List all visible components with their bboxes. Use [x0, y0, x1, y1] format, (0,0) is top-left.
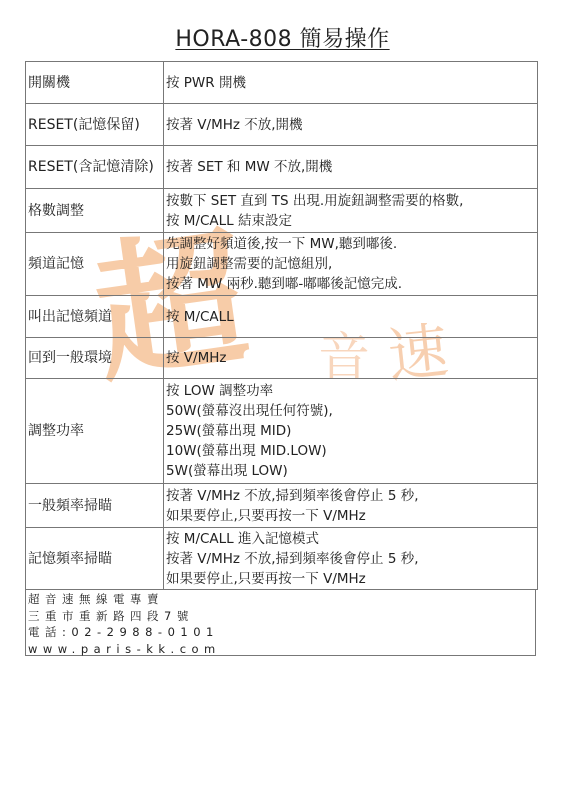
operation-instructions: 按著 SET 和 MW 不放,開機: [164, 146, 538, 189]
operation-name: 一般頻率掃瞄: [26, 484, 164, 528]
instruction-line: 按著 MW 兩秒.聽到嘟-嘟嘟後記憶完成.: [166, 274, 535, 294]
instruction-line: 按數下 SET 直到 TS 出現.用旋鈕調整需要的格數,: [166, 191, 535, 211]
operation-name: 頻道記憶: [26, 233, 164, 296]
operation-instructions: 按著 V/MHz 不放,開機: [164, 104, 538, 146]
instruction-line: 5W(螢幕出現 LOW): [166, 461, 535, 481]
operation-instructions: 按 M/CALL: [164, 296, 538, 338]
table-row: 叫出記憶頻道 按 M/CALL: [26, 296, 538, 338]
store-contact-footer: 超音速無線電專賣 三重市重新路四段7號 電話:02-2988-0101 www.…: [25, 589, 536, 656]
table-row: 格數調整 按數下 SET 直到 TS 出現.用旋鈕調整需要的格數, 按 M/CA…: [26, 189, 538, 233]
table-row: 頻道記憶 先調整好頻道後,按一下 MW,聽到嘟後. 用旋鈕調整需要的記憶組別, …: [26, 233, 538, 296]
page-title: HORA-808 簡易操作: [0, 26, 565, 54]
instruction-line: 按 M/CALL 結束設定: [166, 211, 535, 231]
operation-instructions: 按著 V/MHz 不放,掃到頻率後會停止 5 秒, 如果要停止,只要再按一下 V…: [164, 484, 538, 528]
operation-name: 開關機: [26, 62, 164, 104]
instruction-line: 按著 V/MHz 不放,掃到頻率後會停止 5 秒,: [166, 486, 535, 506]
operation-name: 格數調整: [26, 189, 164, 233]
table-row: 一般頻率掃瞄 按著 V/MHz 不放,掃到頻率後會停止 5 秒, 如果要停止,只…: [26, 484, 538, 528]
store-phone: 電話:02-2988-0101: [26, 624, 535, 641]
operation-instructions: 按數下 SET 直到 TS 出現.用旋鈕調整需要的格數, 按 M/CALL 結束…: [164, 189, 538, 233]
table-row: RESET(含記憶清除) 按著 SET 和 MW 不放,開機: [26, 146, 538, 189]
instruction-line: 按著 V/MHz 不放,開機: [166, 115, 535, 135]
instruction-line: 如果要停止,只要再按一下 V/MHz: [166, 569, 535, 589]
operation-name: 記憶頻率掃瞄: [26, 528, 164, 590]
operation-name: 叫出記憶頻道: [26, 296, 164, 338]
operation-name: RESET(含記憶清除): [26, 146, 164, 189]
operation-name: 調整功率: [26, 379, 164, 484]
instruction-line: 按 M/CALL: [166, 307, 535, 327]
table-row: 回到一般環境 按 V/MHz: [26, 338, 538, 379]
table-row: 開關機 按 PWR 開機: [26, 62, 538, 104]
instruction-line: 25W(螢幕出現 MID): [166, 421, 535, 441]
instruction-line: 按 LOW 調整功率: [166, 381, 535, 401]
instruction-line: 按著 V/MHz 不放,掃到頻率後會停止 5 秒,: [166, 549, 535, 569]
table-row: 調整功率 按 LOW 調整功率 50W(螢幕沒出現任何符號), 25W(螢幕出現…: [26, 379, 538, 484]
instruction-line: 先調整好頻道後,按一下 MW,聽到嘟後.: [166, 234, 535, 254]
instruction-line: 按 PWR 開機: [166, 73, 535, 93]
operation-name: RESET(記憶保留): [26, 104, 164, 146]
table-row: 記憶頻率掃瞄 按 M/CALL 進入記憶模式 按著 V/MHz 不放,掃到頻率後…: [26, 528, 538, 590]
operations-table: 開關機 按 PWR 開機 RESET(記憶保留) 按著 V/MHz 不放,開機 …: [25, 61, 538, 590]
operation-name: 回到一般環境: [26, 338, 164, 379]
store-address: 三重市重新路四段7號: [26, 608, 535, 625]
store-website: www.paris-kk.com: [26, 641, 535, 658]
instruction-line: 用旋鈕調整需要的記憶組別,: [166, 254, 535, 274]
operation-instructions: 按 LOW 調整功率 50W(螢幕沒出現任何符號), 25W(螢幕出現 MID)…: [164, 379, 538, 484]
instruction-line: 如果要停止,只要再按一下 V/MHz: [166, 506, 535, 526]
operation-instructions: 按 M/CALL 進入記憶模式 按著 V/MHz 不放,掃到頻率後會停止 5 秒…: [164, 528, 538, 590]
instruction-line: 按 M/CALL 進入記憶模式: [166, 529, 535, 549]
instruction-line: 10W(螢幕出現 MID.LOW): [166, 441, 535, 461]
page-title-text: HORA-808 簡易操作: [175, 27, 389, 52]
instruction-line: 50W(螢幕沒出現任何符號),: [166, 401, 535, 421]
instruction-line: 按著 SET 和 MW 不放,開機: [166, 157, 535, 177]
operation-instructions: 按 V/MHz: [164, 338, 538, 379]
table-row: RESET(記憶保留) 按著 V/MHz 不放,開機: [26, 104, 538, 146]
operation-instructions: 先調整好頻道後,按一下 MW,聽到嘟後. 用旋鈕調整需要的記憶組別, 按著 MW…: [164, 233, 538, 296]
operation-instructions: 按 PWR 開機: [164, 62, 538, 104]
store-name: 超音速無線電專賣: [26, 591, 535, 608]
instruction-line: 按 V/MHz: [166, 348, 535, 368]
